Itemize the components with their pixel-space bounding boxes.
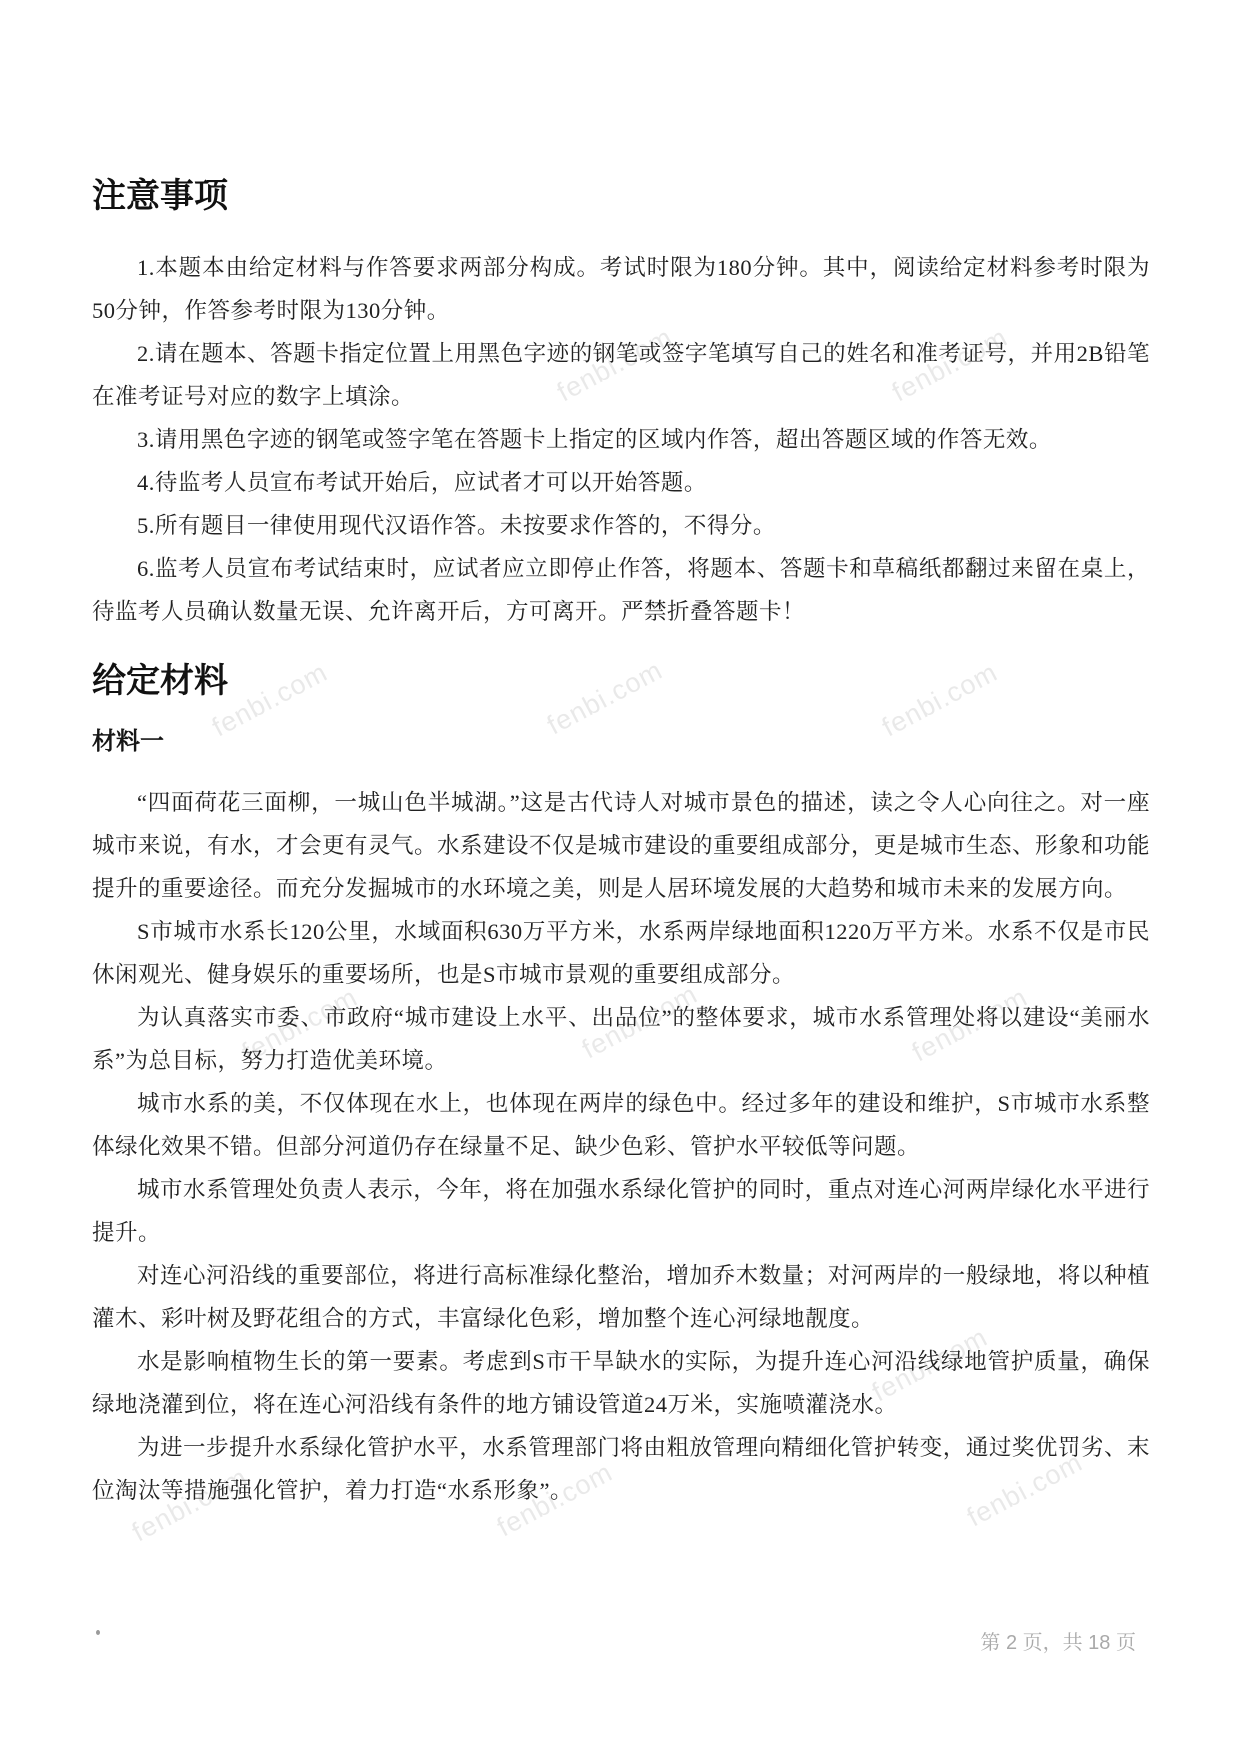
document-content: 注意事项 1.本题本由给定材料与作答要求两部分构成。考试时限为180分钟。其中，… (0, 0, 1240, 1512)
material-paragraph: 水是影响植物生长的第一要素。考虑到S市干旱缺水的实际，为提升连心河沿线绿地管护质… (92, 1340, 1150, 1426)
notice-item: 5.所有题目一律使用现代汉语作答。未按要求作答的，不得分。 (92, 504, 1150, 547)
notice-section-title: 注意事项 (92, 0, 1150, 216)
notice-item: 4.待监考人员宣布考试开始后，应试者才可以开始答题。 (92, 461, 1150, 504)
material-paragraph: 对连心河沿线的重要部位，将进行高标准绿化整治，增加乔木数量；对河两岸的一般绿地，… (92, 1254, 1150, 1340)
material-paragraph: S市城市水系长120公里，水域面积630万平方米，水系两岸绿地面积1220万平方… (92, 910, 1150, 996)
materials-section-title: 给定材料 (92, 661, 1150, 701)
material-paragraph: 城市水系管理处负责人表示，今年，将在加强水系绿化管护的同时，重点对连心河两岸绿化… (92, 1168, 1150, 1254)
material-paragraph: 为认真落实市委、市政府“城市建设上水平、出品位”的整体要求，城市水系管理处将以建… (92, 996, 1150, 1082)
notice-item: 6.监考人员宣布考试结束时，应试者应立即停止作答，将题本、答题卡和草稿纸都翻过来… (92, 547, 1150, 633)
stray-print-mark (96, 1630, 100, 1635)
material-one-title: 材料一 (92, 727, 1150, 757)
notice-item: 3.请用黑色字迹的钢笔或签字笔在答题卡上指定的区域内作答，超出答题区域的作答无效… (92, 418, 1150, 461)
notice-list: 1.本题本由给定材料与作答要求两部分构成。考试时限为180分钟。其中，阅读给定材… (92, 246, 1150, 633)
exam-document-page: fenbi.comfenbi.comfenbi.comfenbi.comfenb… (0, 0, 1240, 1754)
material-paragraph: 城市水系的美，不仅体现在水上，也体现在两岸的绿色中。经过多年的建设和维护，S市城… (92, 1082, 1150, 1168)
page-number-indicator: 第 2 页，共 18 页 (980, 1626, 1136, 1655)
notice-item: 2.请在题本、答题卡指定位置上用黑色字迹的钢笔或签字笔填写自己的姓名和准考证号，… (92, 332, 1150, 418)
material-one-body: “四面荷花三面柳，一城山色半城湖。”这是古代诗人对城市景色的描述，读之令人心向往… (92, 781, 1150, 1512)
material-paragraph: “四面荷花三面柳，一城山色半城湖。”这是古代诗人对城市景色的描述，读之令人心向往… (92, 781, 1150, 910)
notice-item: 1.本题本由给定材料与作答要求两部分构成。考试时限为180分钟。其中，阅读给定材… (92, 246, 1150, 332)
material-paragraph: 为进一步提升水系绿化管护水平，水系管理部门将由粗放管理向精细化管护转变，通过奖优… (92, 1426, 1150, 1512)
